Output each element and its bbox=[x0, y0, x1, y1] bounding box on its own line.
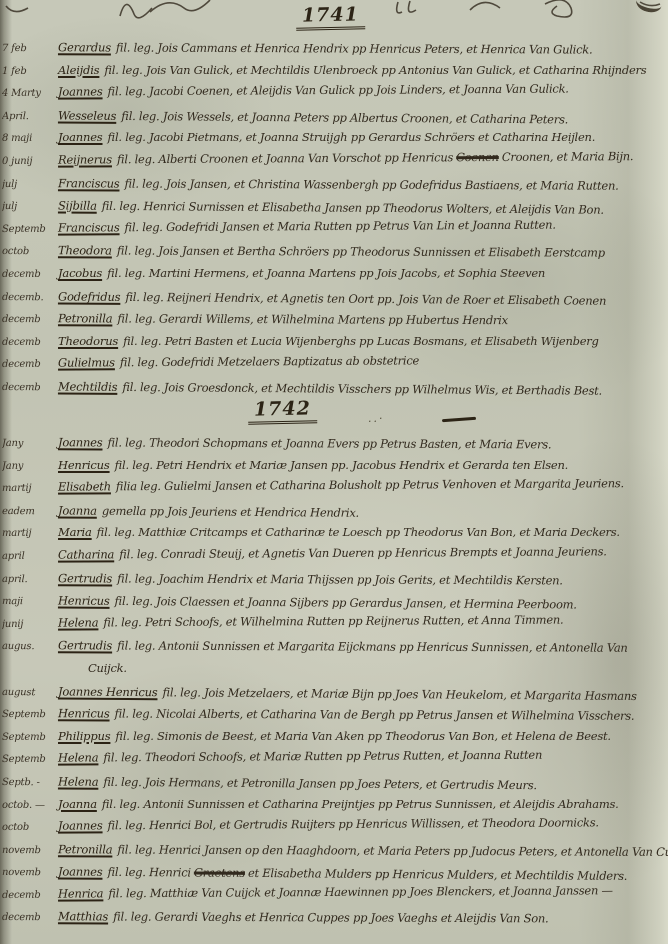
register-entry-row: Cuijck. bbox=[2, 657, 668, 680]
child-name: Joannes bbox=[58, 81, 103, 104]
child-name: Joannes bbox=[58, 814, 103, 837]
child-name: Joannes Henricus bbox=[58, 680, 158, 703]
entry-text: fil. leg. Nicolai Alberts, et Catharina … bbox=[115, 703, 635, 728]
register-entry-row: april Catharina fil. leg. Conradi Steuij… bbox=[2, 540, 668, 567]
entry-date: decemb bbox=[2, 377, 58, 400]
child-name: Godefridus bbox=[58, 285, 121, 308]
entry-text: fil. leg. Alberti Croonen et Joanna Van … bbox=[117, 146, 453, 171]
child-name: Wesseleus bbox=[58, 104, 116, 127]
entry-date: martij bbox=[2, 478, 58, 501]
entry-text: fil. leg. Godefridi Metzelaers Baptizatu… bbox=[120, 350, 419, 374]
entry-date: decemb bbox=[2, 885, 58, 908]
entry-date: 4 Marty bbox=[2, 83, 58, 106]
year-heading-1742: 1742 bbox=[248, 397, 317, 424]
child-name: Gertrudis bbox=[58, 567, 112, 590]
entry-text: fil. leg. Godefridi Jansen et Maria Rutt… bbox=[124, 213, 555, 238]
entry-text: fil. leg. Antonii Sunnissen et Margarita… bbox=[117, 635, 628, 660]
child-name: Franciscus bbox=[58, 216, 120, 239]
child-name: Philippus bbox=[58, 725, 110, 748]
entry-date: octob bbox=[2, 817, 58, 840]
entry-text-after-strike: Croonen, et Maria Bijn. bbox=[502, 145, 634, 168]
register-page: 1741 7 feb Gerardus fil. leg. Jois Camma… bbox=[0, 0, 668, 944]
entry-text: Cuijck. bbox=[88, 657, 127, 680]
entry-date: April. bbox=[2, 106, 58, 129]
child-name: Theodorus bbox=[58, 330, 118, 353]
child-name: Franciscus bbox=[58, 172, 120, 195]
entry-text: fil. leg. Jois Wessels, et Joanna Peters… bbox=[121, 105, 568, 131]
child-name: Gertrudis bbox=[58, 635, 112, 658]
child-name: Reijnerus bbox=[58, 148, 112, 171]
stray-ink-dots: ..· bbox=[368, 412, 385, 425]
entry-date: augus. bbox=[2, 636, 58, 659]
entry-text: fil. leg. Petri Schoofs, et Wilhelmina R… bbox=[103, 608, 563, 633]
entry-text: fil. leg. Henrici bbox=[107, 861, 191, 884]
entry-date: decemb bbox=[2, 907, 58, 930]
register-entry-row: junij Helena fil. leg. Petri Schoofs, et… bbox=[2, 608, 668, 635]
child-name: Maria bbox=[58, 521, 92, 544]
child-name: Elisabeth bbox=[58, 476, 111, 499]
entries-1742: Jany Joannes fil. leg. Theodori Schopman… bbox=[2, 431, 668, 928]
child-name: Henrica bbox=[58, 882, 103, 905]
child-name: Theodora bbox=[58, 240, 112, 263]
entry-date: junij bbox=[2, 613, 58, 636]
child-name: Helena bbox=[58, 747, 99, 770]
register-entry-row: decemb Matthias fil. leg. Gerardi Vaeghs… bbox=[2, 905, 668, 931]
child-name: Jacobus bbox=[58, 262, 102, 285]
child-name: Matthias bbox=[58, 906, 108, 929]
register-entry-row: april. Gertrudis fil. leg. Joachim Hendr… bbox=[2, 567, 668, 593]
child-name: Helena bbox=[58, 770, 99, 793]
register-entry-row: 7 feb Gerardus fil. leg. Jois Cammans et… bbox=[2, 36, 668, 62]
register-entry-row: decemb Jacobus fil. leg. Martini Hermens… bbox=[2, 262, 668, 285]
register-entry-row: novemb Petronilla fil. leg. Henrici Jans… bbox=[2, 838, 668, 864]
entry-text: filia leg. Gulielmi Jansen et Catharina … bbox=[116, 472, 624, 498]
register-entry-row: Jany Joannes fil. leg. Theodori Schopman… bbox=[2, 431, 668, 457]
register-entry-row: Septemb Franciscus fil. leg. Godefridi J… bbox=[2, 213, 668, 240]
entry-date: 8 maji bbox=[2, 128, 58, 151]
child-name: Joanna bbox=[58, 793, 97, 816]
child-name: Henricus bbox=[58, 454, 110, 477]
entry-text: fil. leg. Gerardi Willems, et Wilhelmina… bbox=[117, 308, 508, 332]
entry-text: fil. leg. Martini Hermens, et Joanna Mar… bbox=[107, 262, 545, 285]
stray-ink-dash bbox=[442, 417, 476, 422]
child-name: Henricus bbox=[58, 702, 110, 725]
entry-date: Septemb bbox=[2, 218, 58, 241]
entry-date: decemb bbox=[2, 354, 58, 377]
child-name: Joanna bbox=[58, 499, 97, 522]
entry-text: fil. leg. Jois Cammans et Henrica Hendri… bbox=[116, 36, 593, 61]
child-name: Petronilla bbox=[58, 307, 112, 330]
entry-date: decemb bbox=[2, 309, 58, 332]
child-name: Gerardus bbox=[58, 36, 111, 59]
entry-text: fil. leg. Henrici Jansen op den Haaghdoo… bbox=[117, 838, 668, 863]
entry-text: fil. leg. Matthiæ Van Cuijck et Joannæ H… bbox=[108, 879, 613, 905]
register-entry-row: decemb Gulielmus fil. leg. Godefridi Met… bbox=[2, 348, 668, 375]
register-entry-row: octob Joannes fil. leg. Henrici Bol, et … bbox=[2, 811, 668, 838]
entry-text: fil. leg. Jois Groesdonck, et Mechtildis… bbox=[122, 376, 602, 402]
struck-out-word: Coenen bbox=[456, 146, 499, 169]
register-entry-row: julj Franciscus fil. leg. Jois Jansen, e… bbox=[2, 172, 668, 198]
register-entry-row: augus. Gertrudis fil. leg. Antonii Sunni… bbox=[2, 634, 668, 660]
child-name: Aleijdis bbox=[58, 59, 99, 82]
entry-text: fil. leg. Jois Jansen, et Christina Wass… bbox=[124, 172, 618, 197]
entry-date: april bbox=[2, 546, 58, 569]
entry-date: 7 feb bbox=[2, 38, 58, 61]
register-entry-row: 0 junij Reijnerus fil. leg. Alberti Croo… bbox=[2, 145, 668, 172]
entry-text: fil. leg. Joachim Hendrix et Maria Thijs… bbox=[117, 567, 563, 592]
entry-date: octob bbox=[2, 241, 58, 264]
child-name: Helena bbox=[58, 611, 99, 634]
register-entry-row: decemb Mechtildis fil. leg. Jois Groesdo… bbox=[2, 375, 668, 403]
register-entry-row: octob Theodora fil. leg. Jois Jansen et … bbox=[2, 239, 668, 265]
child-name: Joannes bbox=[58, 861, 103, 884]
entry-text: fil. leg. Gerardi Vaeghs et Henrica Cupp… bbox=[113, 906, 548, 930]
entry-text: fil. leg. Jois Hermans, et Petronilla Ja… bbox=[103, 771, 537, 797]
register-entry-row: Septemb Helena fil. leg. Theodori Schoof… bbox=[2, 743, 668, 770]
child-name: Henricus bbox=[58, 590, 110, 613]
year-heading-1741: 1741 bbox=[296, 3, 365, 30]
entries-1741: 7 feb Gerardus fil. leg. Jois Cammans et… bbox=[2, 36, 668, 398]
entry-date: Septb. - bbox=[2, 772, 58, 795]
child-name: Catharina bbox=[58, 543, 114, 566]
entry-text: gemella pp Jois Jeuriens et Hendrica Hen… bbox=[102, 500, 359, 525]
register-entry-row: martij Elisabeth filia leg. Gulielmi Jan… bbox=[2, 472, 668, 499]
register-entry-row: decemb Henrica fil. leg. Matthiæ Van Cui… bbox=[2, 879, 668, 906]
child-name: Joannes bbox=[58, 431, 103, 454]
entry-text: fil. leg. Henrici Bol, et Gertrudis Ruij… bbox=[107, 811, 598, 837]
child-name: Gulielmus bbox=[58, 352, 115, 375]
entry-date: 0 junij bbox=[2, 151, 58, 174]
register-entry-row: Septemb Henricus fil. leg. Nicolai Alber… bbox=[2, 702, 668, 728]
child-name: Mechtildis bbox=[58, 375, 118, 398]
entry-date: april. bbox=[2, 569, 58, 592]
entry-text: fil. leg. Theodori Schopmans et Joanna E… bbox=[107, 431, 551, 456]
child-name: Petronilla bbox=[58, 838, 112, 861]
entry-date: eadem bbox=[2, 501, 58, 524]
entry-text: fil. leg. Jacobi Coenen, et Aleijdis Van… bbox=[107, 78, 568, 103]
child-name: Joannes bbox=[58, 126, 103, 149]
entry-date: Septemb bbox=[2, 704, 58, 727]
entry-text: fil. leg. Jois Jansen et Bertha Schröers… bbox=[117, 240, 605, 265]
child-name: Sijbilla bbox=[58, 195, 97, 218]
entry-date: Septemb bbox=[2, 749, 58, 772]
entry-date: Jany bbox=[2, 433, 58, 456]
entry-date: decemb bbox=[2, 264, 58, 287]
entry-text: fil. leg. Conradi Steuij, et Agnetis Van… bbox=[119, 540, 607, 566]
register-entry-row: 4 Marty Joannes fil. leg. Jacobi Coenen,… bbox=[2, 77, 668, 104]
register-entry-row: decemb Petronilla fil. leg. Gerardi Will… bbox=[2, 307, 668, 333]
entry-date: martij bbox=[2, 523, 58, 546]
entry-text: fil. leg. Theodori Schoofs, et Mariæ Rut… bbox=[103, 744, 542, 769]
entry-date: julj bbox=[2, 174, 58, 197]
